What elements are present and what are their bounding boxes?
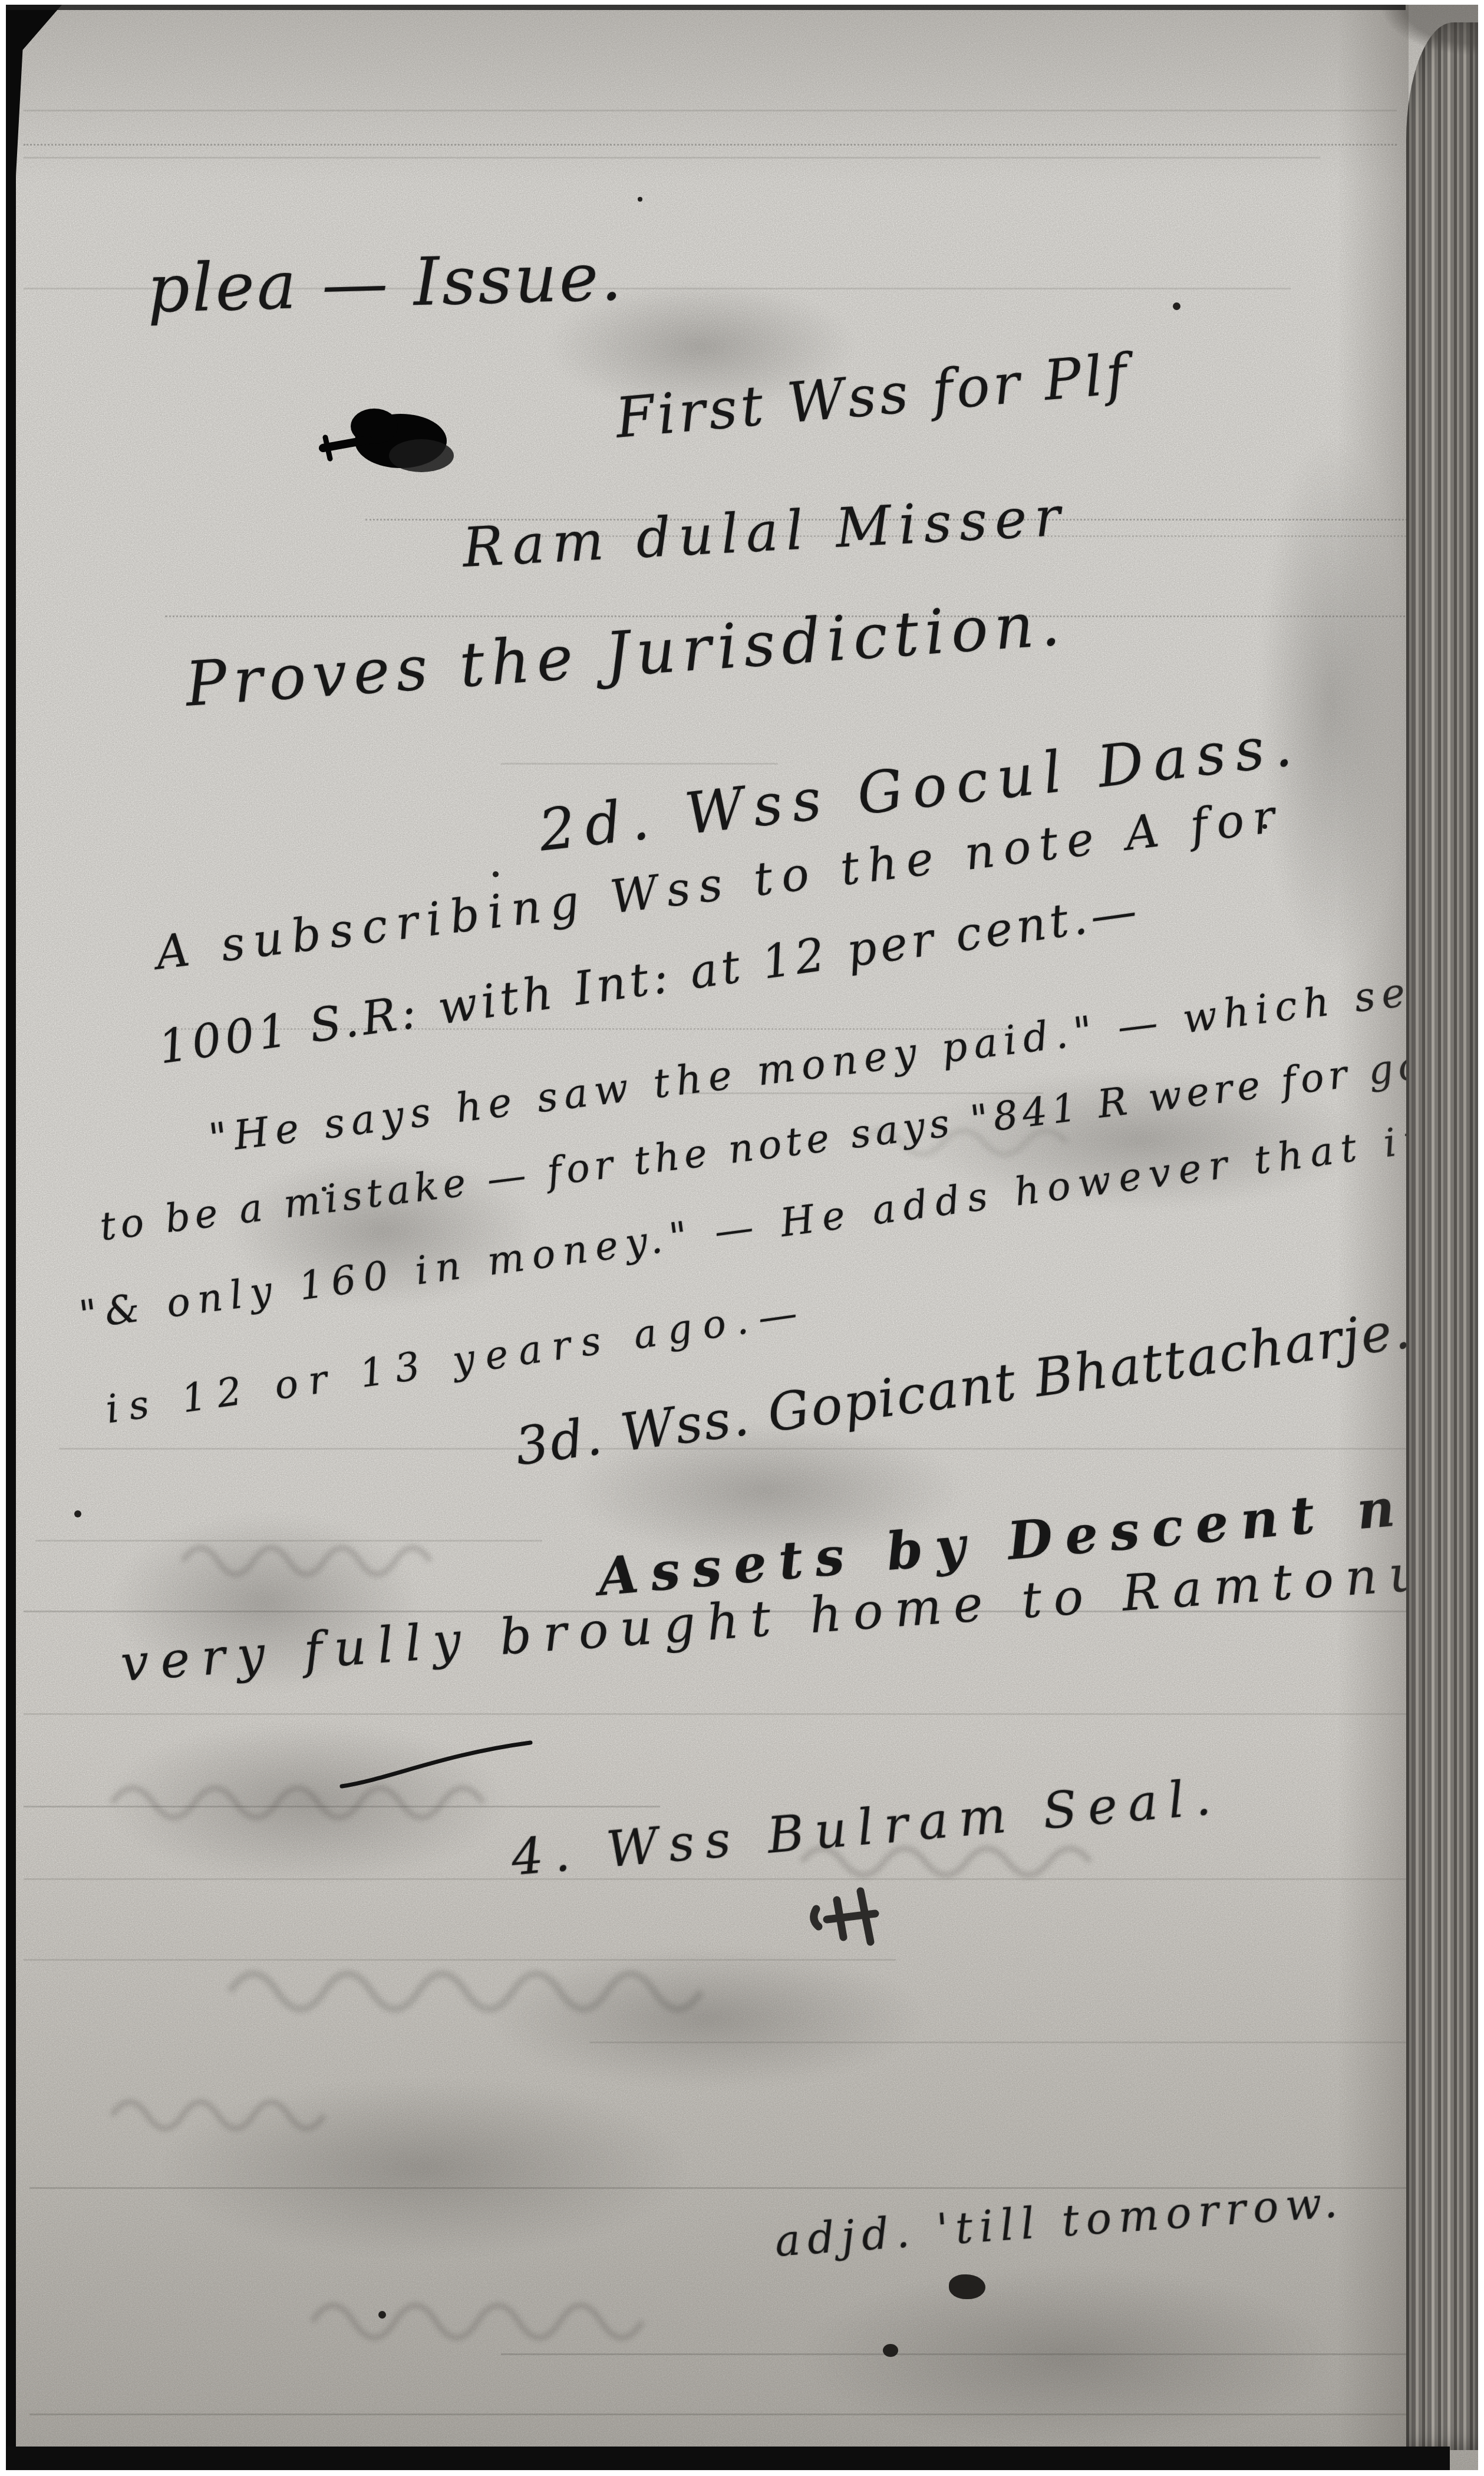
manuscript-page: plea — Issue. First Wss for Plf Ram dula…	[6, 5, 1478, 2470]
handwritten-line-plea: plea — Issue.	[146, 239, 625, 328]
scan-edge-top	[6, 5, 1406, 10]
ink-stain	[883, 2344, 898, 2357]
ink-blot-strikethrough	[312, 394, 466, 482]
scan-streak	[501, 763, 778, 765]
top-shading	[6, 5, 1478, 182]
ink-speck	[378, 2311, 386, 2319]
bleed-through-smudge	[53, 1479, 477, 1726]
book-binding-edge	[1406, 22, 1478, 2450]
scan-streak	[24, 110, 1397, 111]
handwritten-line-proves-jurisdiction: Proves the Jurisdiction.	[183, 587, 1069, 720]
scan-edge-bottom	[6, 2447, 1450, 2470]
ink-speck	[493, 871, 499, 877]
ink-stain	[949, 2274, 985, 2299]
ink-speck	[74, 1510, 81, 1517]
book-binding-top-curve	[1343, 5, 1478, 75]
bleed-through-smudge	[29, 1691, 583, 1915]
scan-streak	[24, 157, 1320, 159]
ink-speck	[638, 197, 642, 202]
bleed-through-smudge	[59, 2044, 790, 2292]
handwritten-line-witness-name: Ram dulal Misser	[461, 485, 1069, 580]
scan-background: { "page": { "kind": "scanned handwritten…	[0, 0, 1484, 2476]
page-gutter-shadow	[1338, 5, 1409, 2470]
scan-streak	[24, 144, 1397, 146]
bleed-through-smudge	[701, 2233, 1432, 2470]
ink-speck	[1173, 302, 1180, 310]
